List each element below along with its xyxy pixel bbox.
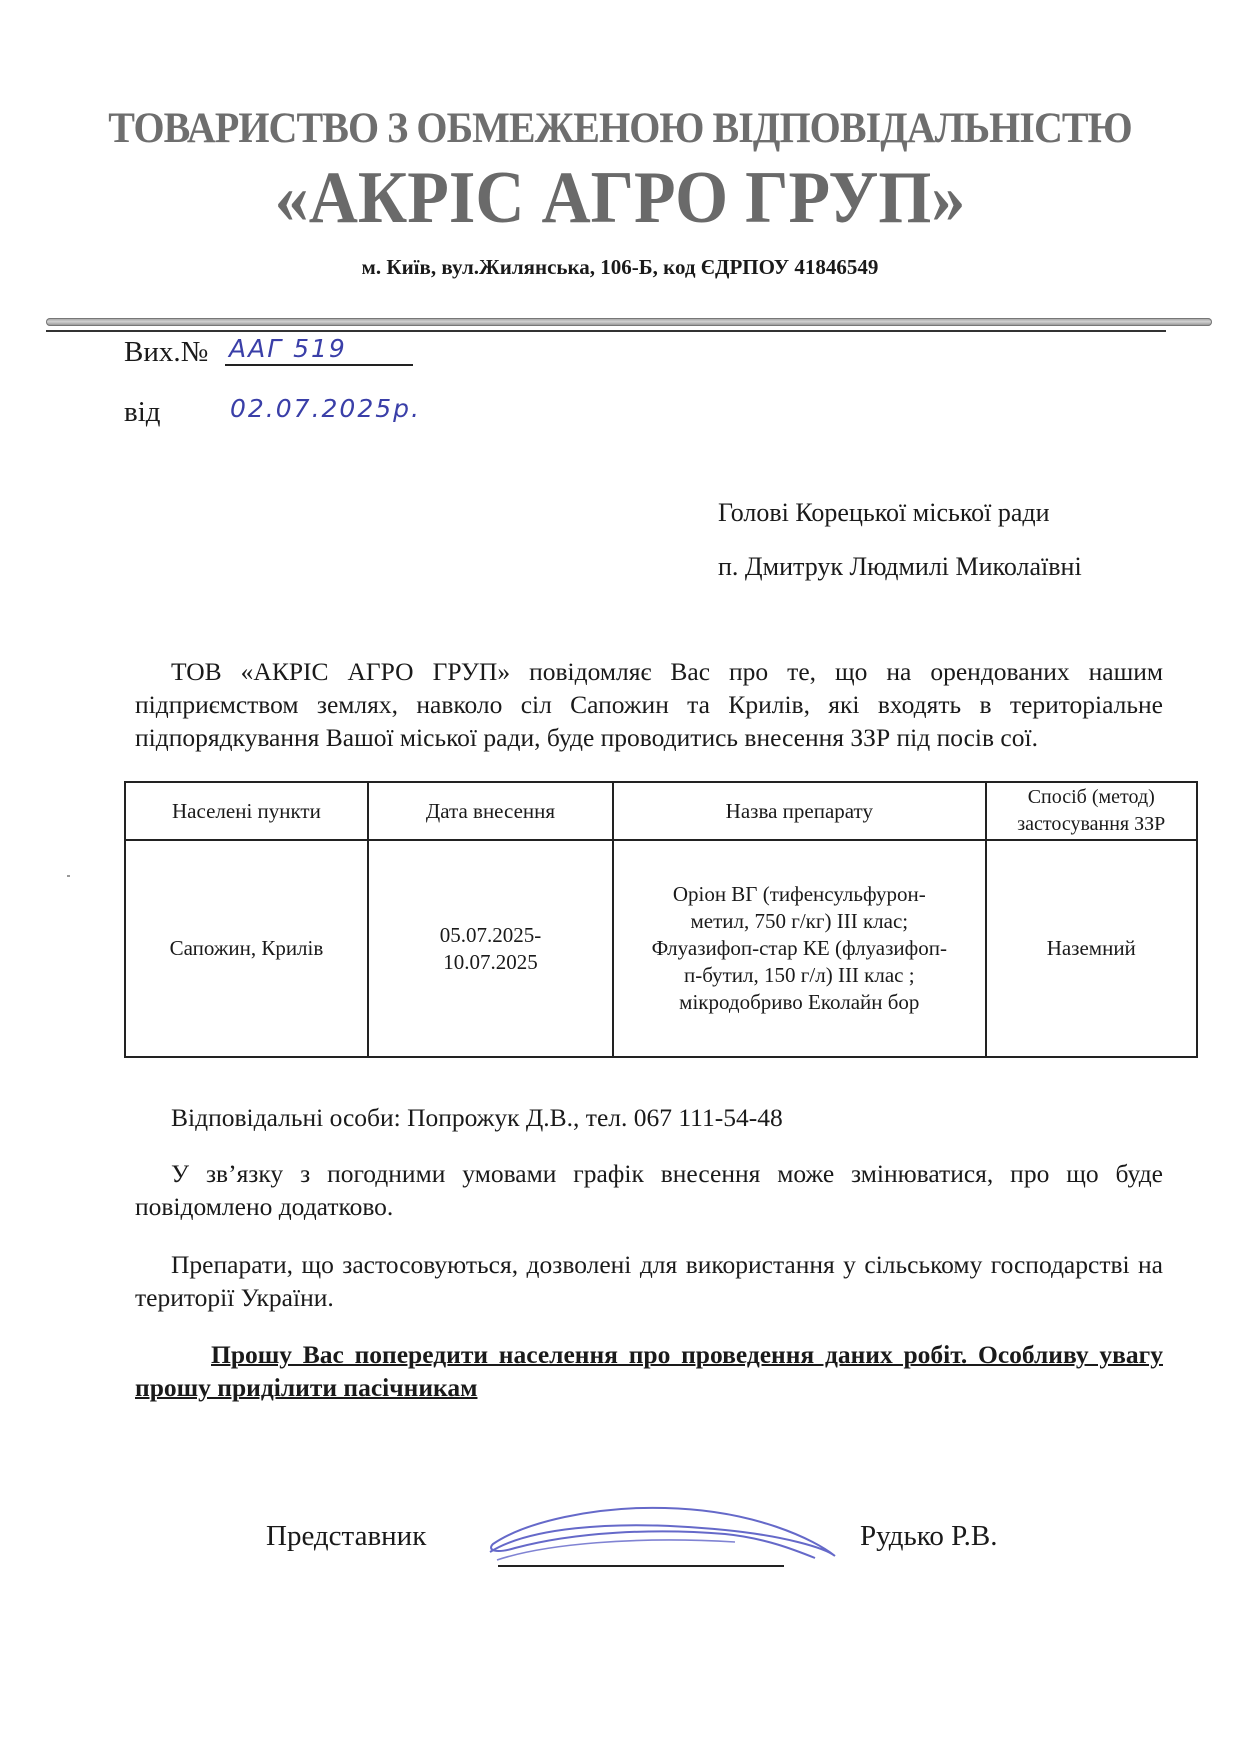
weather-note-text: У зв’язку з погодними умовами графік вне… [135, 1159, 1163, 1221]
letterhead-divider-thin [46, 330, 1166, 332]
letterhead-address: м. Київ, вул.Жилянська, 106-Б, код ЄДРПО… [0, 255, 1240, 280]
outgoing-number-value: ААГ 519 [225, 334, 413, 366]
date-label: від [124, 396, 161, 429]
letterhead-org-type: ТОВАРИСТВО З ОБМЕЖЕНОЮ ВІДПОВІДАЛЬНІСТЮ [43, 104, 1196, 153]
application-schedule-table: Населені пункти Дата внесення Назва преп… [124, 781, 1198, 1058]
table-header-row: Населені пункти Дата внесення Назва преп… [125, 782, 1197, 840]
date-value: 02.07.2025р. [230, 394, 421, 423]
outgoing-number-label: Вих.№ [124, 336, 208, 369]
date-from: 05.07.2025- [373, 922, 608, 949]
addressee-title: Голові Корецької міської ради [718, 498, 1050, 528]
handwritten-signature-icon [485, 1500, 845, 1570]
scan-speck [67, 875, 70, 877]
product-line: метил, 750 г/кг) III клас; [618, 908, 980, 935]
responsible-text: Відповідальні особи: Попрожук Д.В., тел.… [171, 1103, 783, 1132]
request-text: Прошу Вас попередити населення про прове… [135, 1340, 1163, 1402]
signatory-name: Рудько Р.В. [860, 1520, 998, 1553]
intro-paragraph: ТОВ «АКРІС АГРО ГРУП» повідомляє Вас про… [135, 655, 1163, 754]
col-header-product: Назва препарату [613, 782, 985, 840]
col-header-date: Дата внесення [368, 782, 613, 840]
col-header-settlements: Населені пункти [125, 782, 368, 840]
signature-role: Представник [266, 1520, 426, 1553]
permission-note: Препарати, що застосовуються, дозволені … [135, 1248, 1163, 1314]
responsible-persons: Відповідальні особи: Попрожук Д.В., тел.… [135, 1101, 1163, 1134]
cell-date: 05.07.2025- 10.07.2025 [368, 840, 613, 1057]
cell-settlements: Сапожин, Крилів [125, 840, 368, 1057]
date-to: 10.07.2025 [373, 949, 608, 976]
product-line: Оріон ВГ (тифенсульфурон- [618, 881, 980, 908]
weather-note: У зв’язку з погодними умовами графік вне… [135, 1157, 1163, 1223]
letterhead-company-name: «АКРІС АГРО ГРУП» [50, 156, 1191, 241]
request-paragraph: Прошу Вас попередити населення про прове… [135, 1338, 1163, 1404]
letterhead-divider [46, 318, 1212, 326]
intro-text: ТОВ «АКРІС АГРО ГРУП» повідомляє Вас про… [135, 657, 1163, 752]
cell-product: Оріон ВГ (тифенсульфурон- метил, 750 г/к… [613, 840, 985, 1057]
col-header-method: Спосіб (метод) застосування ЗЗР [986, 782, 1198, 840]
cell-method: Наземний [986, 840, 1198, 1057]
product-line: Флуазифоп-стар КЕ (флуазифоп- [618, 935, 980, 962]
product-line: п-бутил, 150 г/л) III клас ; [618, 962, 980, 989]
permission-note-text: Препарати, що застосовуються, дозволені … [135, 1250, 1163, 1312]
addressee-name: п. Дмитрук Людмилі Миколаївні [718, 552, 1082, 582]
table-row: Сапожин, Крилів 05.07.2025- 10.07.2025 О… [125, 840, 1197, 1057]
product-line: мікродобриво Еколайн бор [618, 989, 980, 1016]
